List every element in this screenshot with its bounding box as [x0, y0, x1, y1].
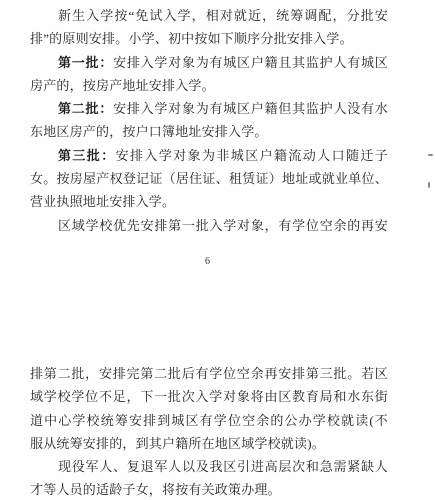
text-line-content: 东地区房产的，按户口簿地址安排入学。	[30, 124, 268, 139]
text-line: 道中心学校统筹安排到城区有学位空余的公办学校就读(不	[30, 409, 388, 432]
text-line: 排第二批，安排完第二批后有学位空余再安排第三批。若区	[30, 362, 388, 385]
batch3-label: 第三批：	[58, 148, 116, 163]
text-line-content: 女。按房屋产权登记证（居住证、租赁证）地址或就业单位、	[30, 171, 388, 186]
batch2-label: 第二批：	[58, 101, 113, 116]
text-line: 服从统筹安排的，到其户籍所在地区域学校就读)。	[30, 432, 388, 455]
batch1-label: 第一批：	[58, 55, 113, 70]
text-line: 现役军人、复退军人以及我区引进高层次和急需紧缺人	[30, 455, 388, 478]
text-line-content: 新生入学按“免试入学，相对就近，统筹调配，分批安	[58, 8, 388, 23]
text-line-content: 房产的，按房产地址安排入学。	[30, 78, 215, 93]
text-line: 新生入学按“免试入学，相对就近，统筹调配，分批安	[30, 4, 388, 27]
text-line: 营业执照地址安排入学。	[30, 190, 388, 213]
text-line-content: 营业执照地址安排入学。	[30, 194, 175, 209]
scan-artifact-comma	[428, 182, 430, 188]
text-line-content: 排”的原则安排。小学、初中按如下顺序分批安排入学。	[30, 31, 353, 46]
text-line: 排”的原则安排。小学、初中按如下顺序分批安排入学。	[30, 27, 388, 50]
page7-body-text: 排第二批，安排完第二批后有学位空余再安排第三批。若区 域学校学位不足，下一批次入…	[30, 362, 388, 500]
text-line-content: 安排入学对象为有城区户籍但其监护人没有水	[113, 101, 388, 116]
text-line: 第二批：安排入学对象为有城区户籍但其监护人没有水	[30, 97, 388, 120]
text-line-content: 道中心学校统筹安排到城区有学位空余的公办学校就读(不	[30, 413, 388, 428]
page6-body-text: 新生入学按“免试入学，相对就近，统筹调配，分批安 排”的原则安排。小学、初中按如…	[30, 4, 388, 237]
text-line-content: 排第二批，安排完第二批后有学位空余再安排第三批。若区	[30, 366, 388, 381]
text-line: 房产的，按房产地址安排入学。	[30, 74, 388, 97]
text-line: 东地区房产的，按户口簿地址安排入学。	[30, 120, 388, 143]
text-line: 第三批：安排入学对象为非城区户籍流动人口随迁子	[30, 144, 388, 167]
page-number: 6	[0, 255, 415, 269]
scanned-document-page: 新生入学按“免试入学，相对就近，统筹调配，分批安 排”的原则安排。小学、初中按如…	[0, 0, 435, 500]
text-line: 区域学校优先安排第一批入学对象，有学位空余的再安	[30, 214, 388, 237]
text-line-content: 域学校学位不足，下一批次入学对象将由区教育局和水东街	[30, 389, 388, 404]
text-line: 才等人员的适龄子女，将按有关政策办理。	[30, 478, 388, 500]
text-line-content: 区域学校优先安排第一批入学对象，有学位空余的再安	[58, 218, 388, 233]
scan-artifact-dash	[428, 154, 433, 156]
text-line-content: 服从统筹安排的，到其户籍所在地区域学校就读)。	[30, 436, 325, 451]
text-line-content: 安排入学对象为有城区户籍且其监护人有城区	[113, 55, 388, 70]
text-line-content: 才等人员的适龄子女，将按有关政策办理。	[30, 482, 281, 497]
text-line-content: 现役军人、复退军人以及我区引进高层次和急需紧缺人	[58, 459, 388, 474]
text-line: 女。按房屋产权登记证（居住证、租赁证）地址或就业单位、	[30, 167, 388, 190]
text-line: 第一批：安排入学对象为有城区户籍且其监护人有城区	[30, 51, 388, 74]
text-line-content: 安排入学对象为非城区户籍流动人口随迁子	[116, 148, 388, 163]
text-line: 域学校学位不足，下一批次入学对象将由区教育局和水东街	[30, 385, 388, 408]
